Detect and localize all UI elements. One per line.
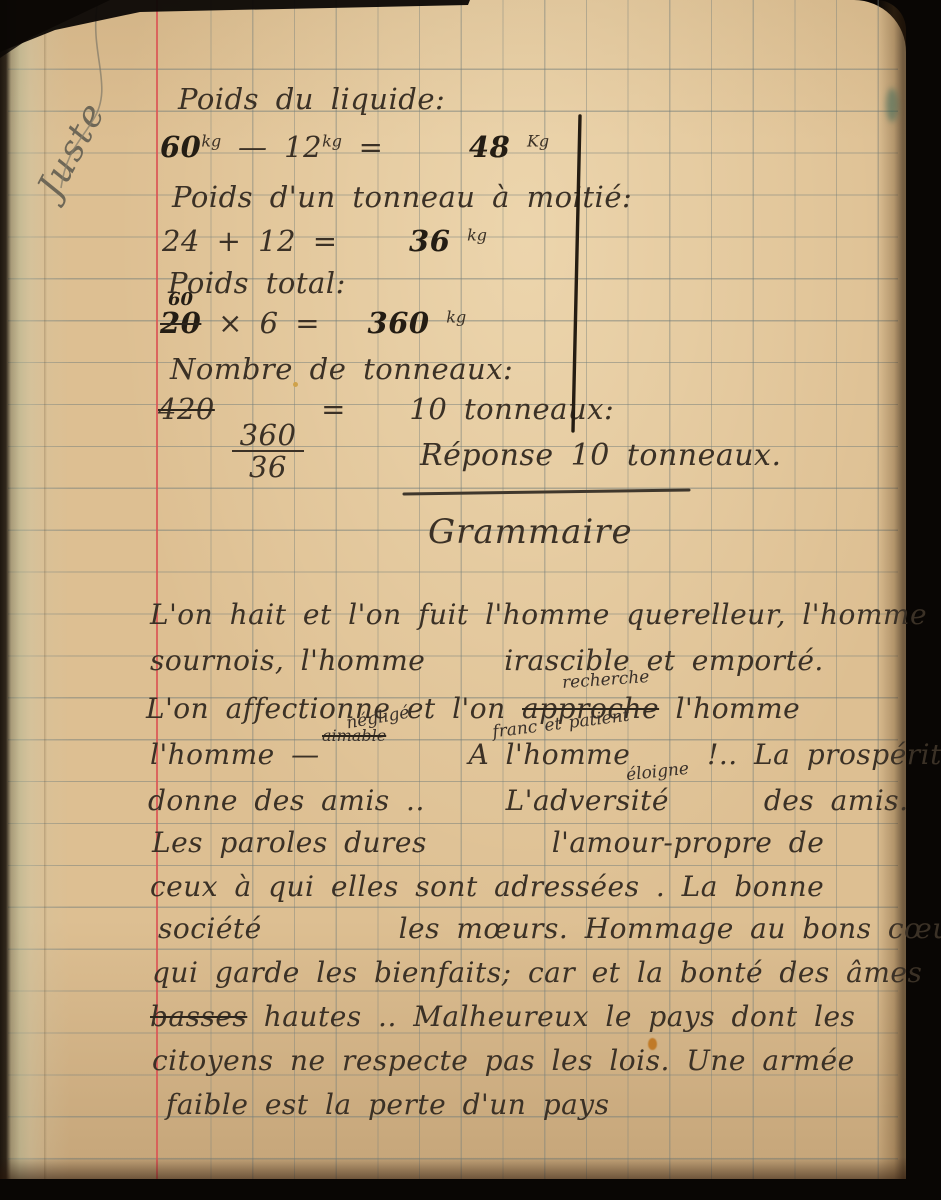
grammar-line-8: société les mœurs. Hommage au bons cœurs xyxy=(158,912,941,945)
eq1-result: 48 xyxy=(469,130,510,164)
grammar-line-5b: L'adversité xyxy=(506,784,669,817)
math-eq-half-barrel: 24 + 12 = 36 kg xyxy=(162,224,487,258)
grammar-line-10: basses hautes .. Malheureux le pays dont… xyxy=(150,1000,855,1033)
eq2-result: 36 xyxy=(409,224,450,258)
grammar-line-5a: donne des amis .. xyxy=(148,784,425,817)
grammar-line-2b: irascible et emporté. xyxy=(504,644,824,677)
grammar-line-4: l'homme — A l'homme !.. La prospérité xyxy=(150,738,941,771)
eq1-b: 12 xyxy=(284,130,322,164)
eq4-numerator: 360 xyxy=(232,420,305,452)
grammar-line-10-struck-word: basses xyxy=(150,1000,247,1033)
eq2-equals: = xyxy=(313,224,338,258)
grammar-line-2a: sournois, l'homme xyxy=(150,644,425,677)
math-eq-liquid: 60kg — 12kg = 48 Kg xyxy=(160,130,549,164)
eq3-op: × 6 xyxy=(218,306,278,340)
grammar-line-5: donne des amis .. L'adversité des amis. xyxy=(148,784,909,817)
grammar-line-4a: l'homme — xyxy=(150,738,320,771)
eq2-b: 12 xyxy=(258,224,296,258)
eq2-result-unit: kg xyxy=(467,225,487,244)
page-bottom-edge-shadow xyxy=(0,1157,906,1179)
grammar-line-6: Les paroles dures l'amour-propre de xyxy=(152,826,824,859)
grammar-line-9: qui garde les bienfaits; car et la bonté… xyxy=(152,956,922,989)
eq3-struck: 20 xyxy=(160,306,201,340)
math-title-half-barrel: Poids d'un tonneau à moitié: xyxy=(172,180,632,214)
grammar-line-1: L'on hait et l'on fuit l'homme querelleu… xyxy=(150,598,927,631)
eq1-a-unit: kg xyxy=(201,131,221,150)
grammar-line-8b: les mœurs. xyxy=(399,912,569,945)
eq3-equals: = xyxy=(295,306,320,340)
eq4-equals: = xyxy=(321,392,346,426)
grammar-line-8c: Hommage au bons cœurs xyxy=(585,912,941,945)
edge-smudge xyxy=(886,88,898,122)
grammar-line-6a: Les paroles dures xyxy=(152,826,427,859)
eq3-result-unit: kg xyxy=(446,307,466,326)
eq1-a: 60 xyxy=(160,130,201,164)
grammar-line-3a: L'on affectionne et l'on xyxy=(146,692,506,725)
grammar-line-4b: A l'homme xyxy=(468,738,630,771)
grammar-line-8a: société xyxy=(158,912,262,945)
eq2-a: 24 xyxy=(162,224,200,258)
grammar-line-5c: des amis. xyxy=(764,784,909,817)
grammar-line-3: L'on affectionne et l'on approche l'homm… xyxy=(146,692,800,725)
grammar-line-6b: l'amour-propre de xyxy=(552,826,825,859)
eq3-result: 360 xyxy=(368,306,430,340)
eq4-struck: 420 xyxy=(158,392,215,426)
grammar-line-12: faible est la perte d'un pays xyxy=(166,1088,610,1121)
grammar-line-7: ceux à qui elles sont adressées . La bon… xyxy=(150,870,824,903)
eq4-result: 10 tonneaux: xyxy=(409,392,614,426)
grammar-line-10-text: hautes .. Malheureux le pays dont les xyxy=(264,1000,856,1033)
eq4-denominator: 36 xyxy=(249,452,287,482)
math-title-barrel-count: Nombre de tonneaux: xyxy=(170,352,513,386)
grammar-line-2: sournois, l'homme irascible et emporté. xyxy=(150,644,824,677)
eq1-op: — xyxy=(238,130,268,164)
eq3-corrected-number: 60 20 xyxy=(160,306,201,340)
grammar-heading: Grammaire xyxy=(428,512,633,552)
math-answer-line: Réponse 10 tonneaux. xyxy=(420,438,782,473)
eq3-carry: 60 xyxy=(168,289,193,310)
math-title-total-weight: Poids total: xyxy=(168,266,346,300)
page-right-edge-shadow xyxy=(876,0,906,1179)
math-title-liquid-weight: Poids du liquide: xyxy=(178,82,445,116)
paper-sheet: Juste Poids du liquide: 60kg — 12kg = 48… xyxy=(0,0,906,1179)
grammar-line-4c: !.. La prospérité xyxy=(707,738,941,771)
math-eq-total: 60 20 × 6 = 360 kg xyxy=(160,306,466,340)
grammar-line-3b: l'homme xyxy=(676,692,801,725)
eq4-fraction: 360 36 xyxy=(232,420,305,483)
scanned-notebook-page: Juste Poids du liquide: 60kg — 12kg = 48… xyxy=(0,0,941,1200)
eq1-equals: = xyxy=(359,130,384,164)
eq2-op: + xyxy=(217,224,242,258)
eq1-b-unit: kg xyxy=(322,131,342,150)
eq1-result-unit: Kg xyxy=(527,131,549,150)
grammar-line-11: citoyens ne respecte pas les lois. Une a… xyxy=(152,1044,855,1077)
